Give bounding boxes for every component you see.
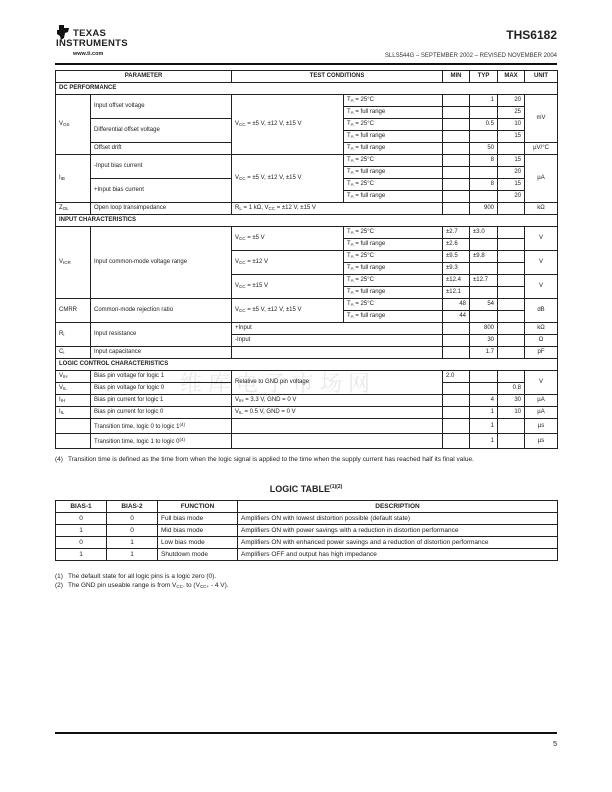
symbol-ib: IIB [56, 155, 91, 203]
symbol-vih: VIH [56, 371, 91, 383]
table-row: Ri Input resistance +Input 800 kΩ [56, 323, 558, 335]
footer-rule [55, 732, 557, 734]
table-header-row: PARAMETER TEST CONDITIONS MIN TYP MAX UN… [56, 71, 558, 83]
table-row: VICR Input common-mode voltage range VCC… [56, 227, 558, 239]
param-pos-bias: +Input bias current [91, 179, 232, 203]
footnote-2: (2)The GND pin useable range is from VCC… [55, 581, 229, 591]
header-typ: TYP [470, 71, 498, 83]
header-rule [55, 63, 557, 65]
symbol-iih: IIH [56, 395, 91, 407]
table-row: 0 1 Low bias mode Amplifiers ON with enh… [56, 537, 558, 549]
footnote-1: (1)The default state for all logic pins … [55, 572, 229, 581]
table-row: IIB -Input bias current VCC = ±5 V, ±12 … [56, 155, 558, 167]
footnote-4: (4) Transition time is defined as the ti… [55, 456, 555, 465]
symbol-iil: IIL [56, 407, 91, 419]
ti-logo: Texas Instruments www.ti.com [56, 24, 131, 64]
logic-header-row: BIAS-1 BIAS-2 FUNCTION DESCRIPTION [56, 501, 558, 513]
table-row: Transition time, logic 0 to logic 1(4) 1… [56, 419, 558, 434]
table-row: IIL Bias pin current for logic 0 VIL = 0… [56, 407, 558, 419]
header-min: MIN [443, 71, 470, 83]
header-test-conditions: TEST CONDITIONS [232, 71, 443, 83]
electrical-characteristics-table: PARAMETER TEST CONDITIONS MIN TYP MAX UN… [55, 70, 558, 449]
param-diff-offset: Differential offset voltage [91, 119, 232, 143]
table-row: IIH Bias pin current for logic 1 VIH = 3… [56, 395, 558, 407]
table-row: ZOL Open loop transimpedance RL = 1 kΩ, … [56, 203, 558, 215]
section-dc-performance: DC PERFORMANCE [56, 83, 558, 95]
table-row: 1 1 Shutdown mode Amplifiers OFF and out… [56, 549, 558, 561]
param-neg-bias: -Input bias current [91, 155, 232, 179]
doc-id: SLLS544G – SEPTEMBER 2002 – REVISED NOVE… [385, 53, 557, 59]
logic-table-title: LOGIC TABLE(1)(2) [0, 484, 612, 494]
logic-table: BIAS-1 BIAS-2 FUNCTION DESCRIPTION 0 0 F… [55, 500, 558, 561]
page-number: 5 [553, 741, 557, 748]
symbol-zol: ZOL [56, 203, 91, 215]
table-row: Ci Input capacitance 1.7 pF [56, 347, 558, 359]
table-row: 0 0 Full bias mode Amplifiers ON with lo… [56, 513, 558, 525]
part-number: THS6182 [506, 28, 557, 42]
header-max: MAX [498, 71, 525, 83]
symbol-cmrr: CMRR [56, 299, 91, 323]
brand-line2: Instruments [56, 38, 128, 49]
section-input-characteristics: INPUT CHARACTERISTICS [56, 215, 558, 227]
table-row: CMRR Common-mode rejection ratio VCC = ±… [56, 299, 558, 311]
cond-vcc: VCC = ±5 V, ±12 V, ±15 V [232, 95, 344, 155]
header-parameter: PARAMETER [56, 71, 232, 83]
table-row: Transition time, logic 1 to logic 0(4) 1… [56, 434, 558, 449]
table-row: VIH Bias pin voltage for logic 1 Relativ… [56, 371, 558, 383]
symbol-vil: VIL [56, 383, 91, 395]
symbol-ci: Ci [56, 347, 91, 359]
table-row: 1 0 Mid bias mode Amplifiers ON with pow… [56, 525, 558, 537]
table-row: VOS Input offset voltage VCC = ±5 V, ±12… [56, 95, 558, 107]
brand-url: www.ti.com [73, 51, 103, 57]
symbol-vos: VOS [56, 95, 91, 155]
logic-table-footnotes: (1)The default state for all logic pins … [55, 572, 229, 591]
section-logic-control: LOGIC CONTROL CHARACTERISTICS [56, 359, 558, 371]
header-unit: UNIT [525, 71, 558, 83]
param-input-offset: Input offset voltage [91, 95, 232, 119]
param-offset-drift: Offset drift [91, 143, 232, 155]
symbol-vicr: VICR [56, 227, 91, 299]
symbol-ri: Ri [56, 323, 91, 347]
